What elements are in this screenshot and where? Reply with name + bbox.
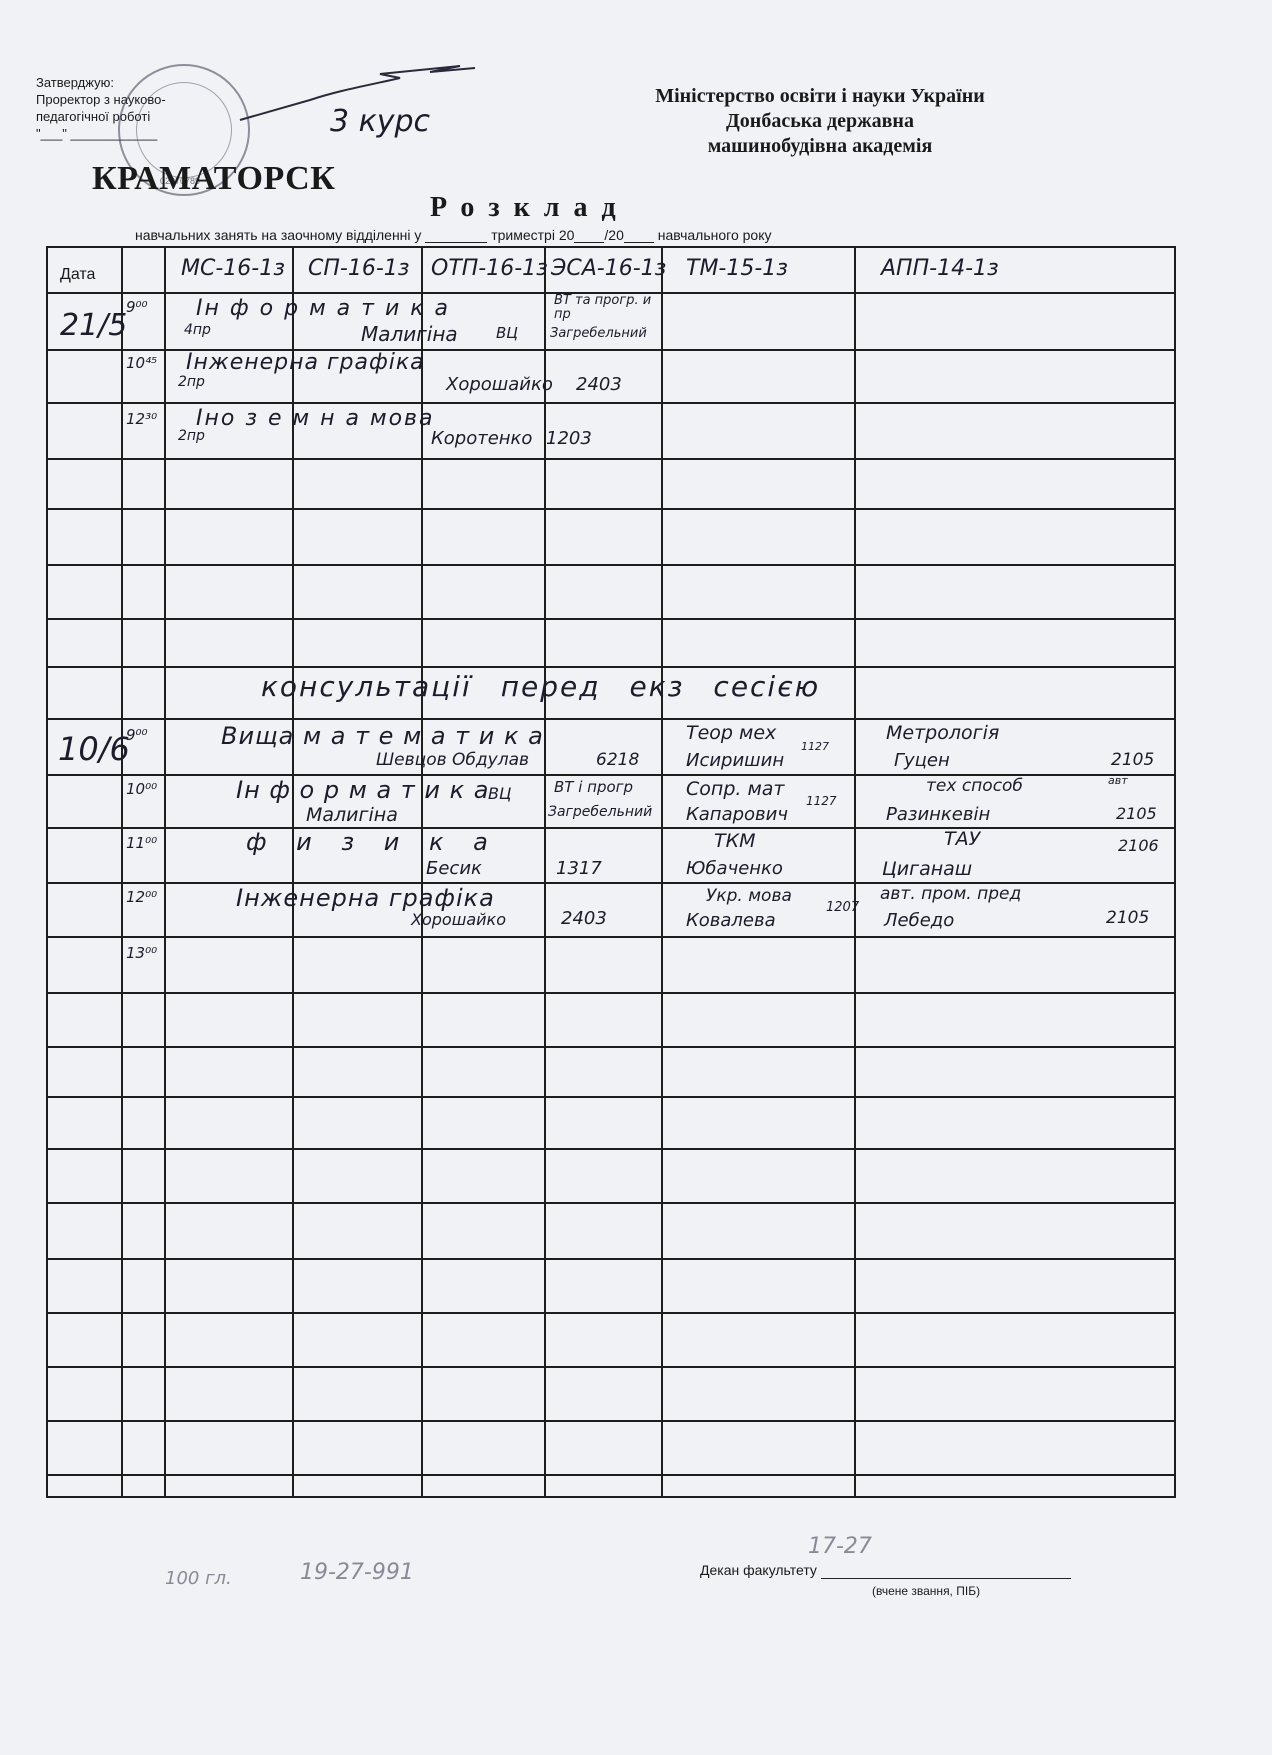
ministry-line: Донбаська державна — [560, 109, 1080, 134]
group-header: СП-16-1з — [308, 256, 409, 281]
ministry-line: машинобудівна академія — [560, 134, 1080, 159]
teacher: Хорошайко — [411, 910, 506, 929]
time-slot: 10⁴⁵ — [126, 354, 157, 372]
teacher: Малигіна — [306, 804, 398, 826]
subject: Іно з е м н а мова — [196, 406, 435, 431]
time-slot: 10⁰⁰ — [126, 780, 157, 798]
tm-room: 1127 — [801, 740, 829, 753]
group-header: ЭСА-16-1з — [551, 256, 666, 281]
time-slot: 13⁰⁰ — [126, 944, 157, 962]
app-subject: Метрологія — [886, 722, 999, 744]
lesson-note: 4пр — [184, 322, 211, 338]
teacher: Бесик — [426, 858, 482, 879]
room: 1317 — [556, 858, 602, 879]
consultation-banner: консультації перед екз сесією — [261, 670, 820, 703]
app-teacher: Циганаш — [882, 858, 972, 880]
app-room: 2106 — [1118, 836, 1159, 855]
room: ВЦ — [488, 784, 511, 803]
app-teacher: Разинкевін — [886, 804, 990, 825]
app-room: 2105 — [1111, 750, 1154, 770]
esa-teacher: Загребельний — [550, 326, 647, 341]
tm-subject: Сопр. мат — [686, 778, 785, 800]
tm-teacher: Юбаченко — [686, 858, 783, 879]
city-stamp: КРАМАТОРСК — [92, 160, 335, 198]
document-title: Розклад — [430, 192, 790, 224]
app-subject: авт. пром. пред — [880, 884, 1021, 904]
app-room: 2105 — [1106, 908, 1149, 928]
subject: Інженерна графіка — [236, 884, 495, 912]
block-date: 10/6 — [58, 726, 113, 772]
year-start-blank — [574, 226, 604, 243]
ministry-line: Міністерство освіти і науки України — [560, 84, 1080, 109]
dean-signature-line: Декан факультету — [700, 1562, 1071, 1579]
app-subject: ТАУ — [944, 828, 980, 850]
group-header: АПП-14-1з — [881, 256, 999, 281]
time-slot: 12³⁰ — [126, 410, 157, 428]
group-header: ОТП-16-1з — [431, 256, 548, 281]
time-slot: 9⁰⁰ — [126, 298, 148, 316]
year-end-blank — [624, 226, 654, 243]
subject: Ін ф о р м а т и к а — [236, 776, 489, 804]
app-room-note: авт — [1108, 774, 1128, 787]
subject: Ін ф о р м а т и к а — [196, 296, 450, 321]
pencil-note: 100 гл. — [165, 1568, 232, 1589]
room: 2403 — [576, 374, 622, 395]
time-slot: 9⁰⁰ — [126, 726, 148, 744]
dean-label: Декан факультету — [700, 1562, 817, 1578]
block-date: 21/5 — [60, 306, 110, 346]
schedule-table: Дата МС-16-1з СП-16-1з ОТП-16-1з ЭСА-16-… — [46, 246, 1176, 1498]
group-header: ТМ-15-1з — [686, 256, 788, 281]
teacher: Малигіна — [361, 322, 458, 346]
esa-subject: ВТ та прогр. и пр — [554, 294, 654, 322]
time-slot: 12⁰⁰ — [126, 888, 157, 906]
esa-subject: ВТ і прогр — [554, 778, 633, 796]
trimester-blank — [425, 226, 487, 243]
tm-subject: Теор мех — [686, 722, 776, 744]
tm-room: 1127 — [806, 794, 837, 808]
subject: ф и з и к а — [246, 828, 488, 856]
teacher: Хорошайко — [446, 374, 553, 395]
teacher: Коротенко — [431, 428, 532, 449]
app-teacher: Лебедо — [884, 910, 954, 931]
lesson-note: 2пр — [178, 428, 205, 444]
app-room: 2105 — [1116, 804, 1157, 823]
group-header: МС-16-1з — [181, 256, 285, 281]
tm-room: 1207 — [826, 900, 859, 915]
tm-subject: Укр. мова — [706, 886, 792, 906]
room: 1203 — [546, 428, 592, 449]
esa-teacher: Загребельний — [548, 804, 652, 820]
dean-signature-blank — [821, 1562, 1071, 1579]
app-subject: тех способ — [926, 776, 1023, 796]
room: 2403 — [561, 908, 607, 929]
tm-teacher: Исиришин — [686, 750, 784, 771]
ministry-heading: Міністерство освіти і науки України Донб… — [560, 84, 1080, 159]
room: 6218 — [596, 750, 639, 770]
lesson-note: 2пр — [178, 374, 205, 390]
subject: Вища м а т е м а т и к а — [221, 722, 544, 750]
pencil-note: 19-27-991 — [300, 1560, 414, 1585]
teacher: Шевцов Обдулав — [376, 750, 529, 770]
dean-caption: (вчене звання, ПІБ) — [872, 1584, 980, 1598]
tm-teacher: Капарович — [686, 804, 788, 825]
pencil-note: 17-27 — [808, 1534, 872, 1559]
app-teacher: Гуцен — [894, 750, 950, 771]
date-column-header: Дата — [60, 266, 95, 284]
document-subtitle: навчальних занять на заочному відділенні… — [135, 226, 771, 243]
subject: Інженерна графіка — [186, 350, 425, 375]
time-slot: 11⁰⁰ — [126, 834, 157, 852]
room: ВЦ — [496, 324, 518, 342]
tm-subject: ТКМ — [714, 830, 756, 852]
tm-teacher: Ковалева — [686, 910, 776, 931]
course-note: 3 курс — [330, 104, 430, 139]
